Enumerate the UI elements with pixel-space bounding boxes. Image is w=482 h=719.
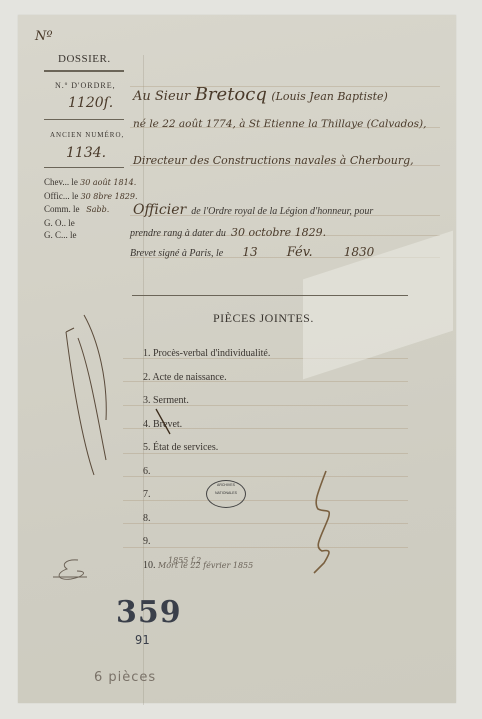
box-number: 359 (116, 595, 182, 630)
surname: Bretocq (195, 84, 267, 105)
squiggle-mark (308, 467, 348, 577)
document-page: Nº DOSSIER. N.º D'ORDRE, 1120ſ. ANCIEN N… (18, 15, 456, 703)
rank-date-line: prendre rang à dater du 30 octobre 1829. (130, 221, 326, 240)
piece-item: 9. (143, 530, 270, 554)
dossier-label: DOSSIER. (58, 53, 111, 65)
divider (44, 119, 124, 120)
rank-list: Chev... le 30 août 1814. Offic... le 30 … (44, 176, 138, 242)
strike-mark (153, 407, 173, 437)
pieces-title: PIÈCES JOINTES. (213, 311, 314, 326)
section-divider (132, 295, 408, 296)
pencil-note: 6 pièces (94, 670, 156, 685)
piece-item: 8. (143, 507, 270, 531)
rank-line: Officier de l'Ordre royal de la Légion d… (133, 199, 373, 218)
rank-row: Comm. le Sabb. (44, 203, 138, 217)
function-line: Directeur des Constructions navales à Ch… (133, 154, 414, 167)
archives-nationales-stamp: ARCHIVES NATIONALES (206, 480, 246, 508)
piece-item: 5. État de services. (143, 436, 270, 460)
pen-flourish (48, 310, 108, 485)
ancien-value: 1134. (66, 145, 106, 161)
sub-number: 91 (135, 633, 149, 647)
piece-item: 10. Mort le 22 février 1855 (143, 554, 270, 578)
piece-item: 1. Procès-verbal d'individualité. (143, 342, 270, 366)
rank-row: Chev... le 30 août 1814. (44, 176, 138, 190)
ancien-label: ANCIEN NUMÉRO, (50, 131, 124, 139)
ordre-label: N.º D'ORDRE, (55, 81, 116, 90)
brevet-line: Brevet signé à Paris, le 13 Fév. 1830 (130, 241, 374, 260)
piece-item: 6. (143, 460, 270, 484)
rank-row: G. O.. le (44, 217, 138, 230)
birth-line: né le 22 août 1774, à St Etienne la Thil… (133, 118, 426, 130)
divider (44, 167, 124, 168)
rank-row: G. C... le (44, 229, 138, 242)
pencil-flourish (43, 555, 93, 585)
corner-note: Nº (35, 29, 53, 44)
ordre-value: 1120ſ. (68, 95, 113, 111)
pieces-list: 1. Procès-verbal d'individualité. 2. Act… (143, 342, 270, 577)
death-note-line2: 1855 f.2 (168, 556, 201, 565)
divider (44, 70, 124, 72)
rank-row: Offic... le 30 8bre 1829. (44, 190, 138, 204)
piece-item: 2. Acte de naissance. (143, 366, 270, 390)
addressee-line: Au Sieur Bretocq (Louis Jean Baptiste) (133, 84, 388, 105)
